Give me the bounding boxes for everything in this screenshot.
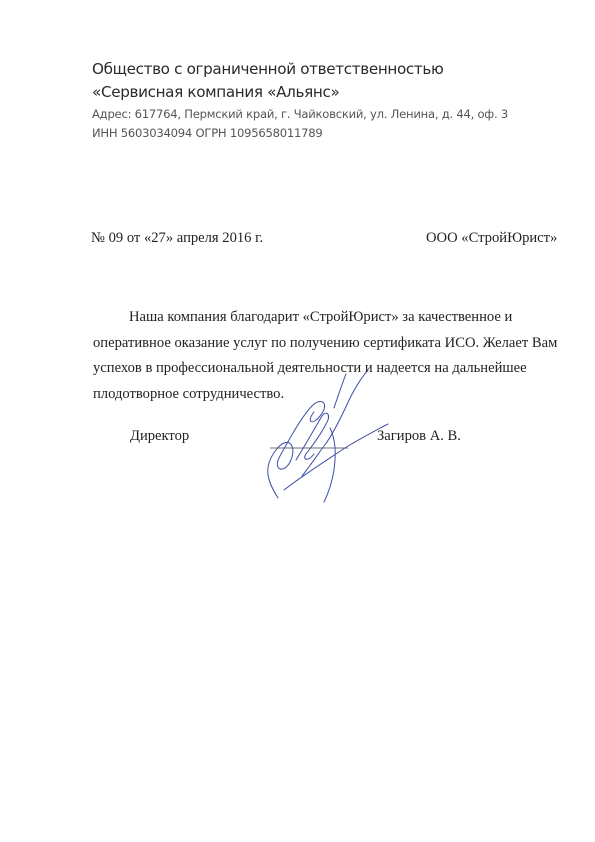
letter-addressee: ООО «СтройЮрист» xyxy=(426,230,557,247)
org-name-line1: Общество с ограниченной ответственностью xyxy=(92,60,443,78)
signatory-role: Директор xyxy=(130,428,189,445)
letter-page: Общество с ограниченной ответственностью… xyxy=(0,0,595,842)
org-address: Адрес: 617764, Пермский край, г. Чайковс… xyxy=(92,107,508,121)
org-name-line2: «Сервисная компания «Альянс» xyxy=(92,83,339,101)
letter-reference: № 09 от «27» апреля 2016 г. xyxy=(91,230,263,247)
handwritten-signature xyxy=(250,370,390,510)
signatory-name: Загиров А. В. xyxy=(377,428,461,445)
org-registration: ИНН 5603034094 ОГРН 1095658011789 xyxy=(92,126,322,140)
body-line: оперативное оказание услуг по получению … xyxy=(93,331,543,357)
body-line: Наша компания благодарит «СтройЮрист» за… xyxy=(93,305,543,331)
